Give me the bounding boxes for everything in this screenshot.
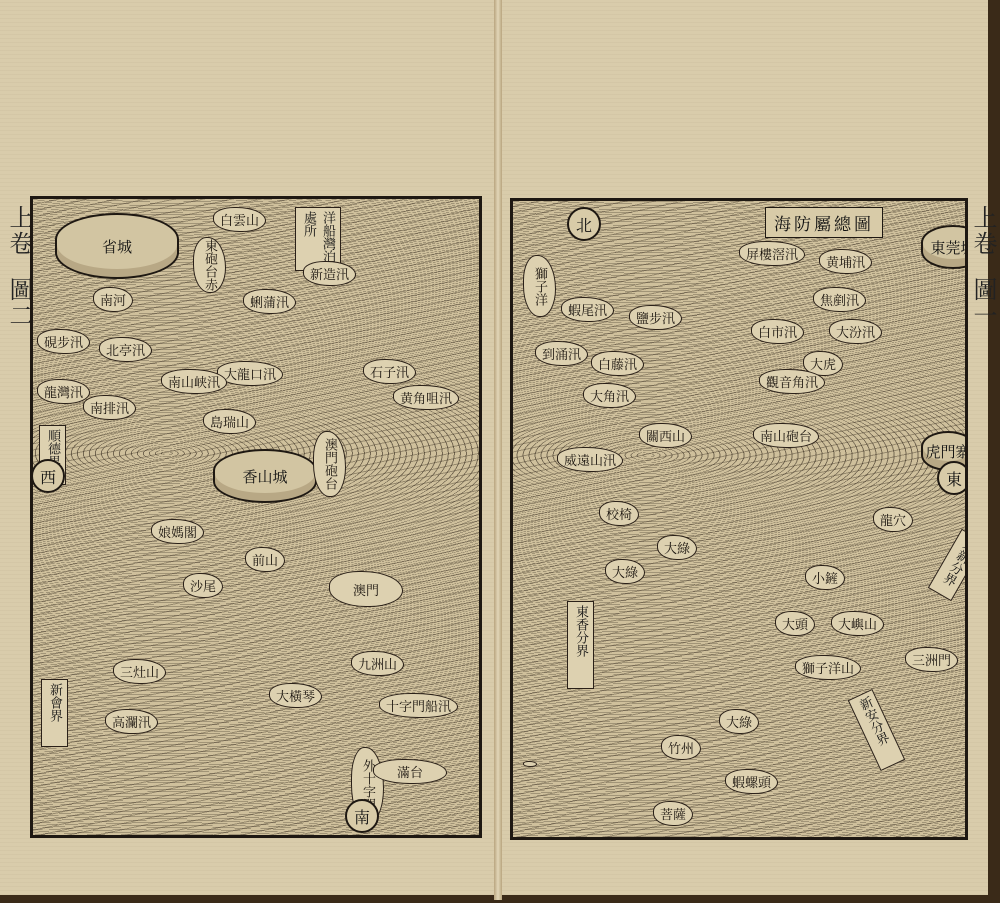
label-macau: 澳門	[329, 571, 403, 607]
label-fuyong: 白藤汛	[591, 351, 644, 376]
open-book: 澳門紀略 上卷 圖二 省城 白雲山 洋船灣泊處所 南河 東砲台赤 新造汛 蜊蒲汛…	[0, 0, 1000, 903]
label-yanbu: 硯步汛	[37, 329, 90, 354]
label-dahengqin: 大橫琴	[269, 683, 322, 708]
label-shawei: 沙尾	[183, 573, 223, 598]
dongxiang-boundary: 東香分界	[567, 601, 594, 689]
label-yanbu: 鹽步汛	[629, 305, 682, 330]
compass-east: 東	[937, 461, 968, 495]
label-jiaoyiwan: 小鏟	[805, 565, 845, 590]
label-sanzao: 三灶山	[113, 659, 166, 684]
label-jiaochan: 焦剷汛	[813, 287, 866, 312]
label-xialuotou: 獅子洋山	[795, 655, 861, 680]
label-niangma: 娘媽閣	[151, 519, 204, 544]
label-dayushan: 三洲門	[905, 647, 958, 672]
label-shiziyang: 獅子洋	[523, 255, 556, 317]
xiangshan-city: 香山城	[213, 449, 317, 503]
label-shizimen-boat: 十字門船汛	[379, 693, 458, 718]
map-title: 海防屬總圖	[765, 207, 883, 238]
label-pinglou: 屏樓滘汛	[739, 241, 805, 266]
label-dafen: 大汾汛	[829, 319, 882, 344]
label-xiaohu: 到涌汛	[535, 341, 588, 366]
baiyun-mountain: 白雲山	[213, 207, 266, 232]
label-longwan: 龍灣汛	[37, 379, 90, 404]
volume-label: 上卷	[969, 205, 997, 257]
label-lipu: 蜊蒲汛	[243, 289, 296, 314]
label-huangpu: 黄埔汛	[819, 249, 872, 274]
label-beiting: 北亭汛	[99, 337, 152, 362]
label-qianshan: 前山	[245, 547, 285, 572]
label-dahengdang: 關西山	[639, 423, 692, 448]
label-xiawei: 蝦尾汛	[561, 297, 614, 322]
label-mantai: 滿台	[373, 759, 447, 784]
compass-north: 北	[567, 207, 601, 241]
label-jiaoyi: 大綠	[657, 535, 697, 560]
label-xiahengdang: 校椅	[599, 501, 639, 526]
label-baishi: 白市汛	[751, 319, 804, 344]
label-dahu: 大角汛	[583, 383, 636, 408]
compass-south: 南	[345, 799, 379, 833]
label-macau-fort: 澳門砲台	[313, 431, 346, 497]
dongxin-boundary: 東新分界	[928, 529, 968, 601]
label-gaolan: 高瀾汛	[105, 709, 158, 734]
dongguan-city: 東莞城	[921, 225, 968, 269]
label-guanzhou: 觀音角汛	[759, 369, 825, 394]
book-gutter	[494, 0, 502, 900]
label-longxue: 大綠	[605, 559, 645, 584]
label-xiaohengdang: 威遠山汛	[557, 447, 623, 472]
label-huangjiaozui: 黄角咀汛	[393, 385, 459, 410]
label-guanxishan: 南山砲台	[753, 423, 819, 448]
xinhui-boundary: 新會界	[41, 679, 68, 747]
label-jiuzhou: 九洲山	[351, 651, 404, 676]
label-shiziyangshan: 菩薩	[653, 801, 693, 826]
left-map-frame: 省城 白雲山 洋船灣泊處所 南河 東砲台赤 新造汛 蜊蒲汛 硯步汛 北亭汛 大龍…	[30, 196, 482, 838]
label-datou: 竹州	[661, 735, 701, 760]
compass-west: 西	[31, 459, 65, 493]
right-margin-label: 澳門紀略 上卷 圖一	[966, 205, 1000, 329]
label-dongao	[523, 761, 537, 767]
label-lingding: 大嶼山	[831, 611, 884, 636]
label-daoruishan: 島瑞山	[203, 409, 256, 434]
label-xinzao: 新造汛	[303, 261, 356, 286]
label-chi-fort: 東砲台赤	[193, 237, 226, 293]
provincial-city: 省城	[55, 213, 179, 279]
label-zhuzhou: 蝦螺頭	[725, 769, 778, 794]
label-nanhe: 南河	[93, 287, 133, 312]
figure-label: 圖二	[5, 277, 33, 329]
label-dalv: 大綠	[719, 709, 759, 734]
label-nanshanxia: 南山峡汛	[161, 369, 227, 394]
label-nanpai: 南排汛	[83, 395, 136, 420]
xinxin-boundary: 新安分界	[848, 689, 905, 771]
label-shizi: 石子汛	[363, 359, 416, 384]
volume-label: 上卷	[5, 205, 33, 257]
right-map-frame: 北 海防屬總圖 東莞城 獅子洋 蝦尾汛 屏樓滘汛 黄埔汛 焦剷汛 鹽步汛 白市汛…	[510, 198, 968, 840]
label-helanhai: 龍穴	[873, 507, 913, 532]
figure-label: 圖一	[969, 277, 997, 329]
label-qingzhou: 大頭	[775, 611, 815, 636]
